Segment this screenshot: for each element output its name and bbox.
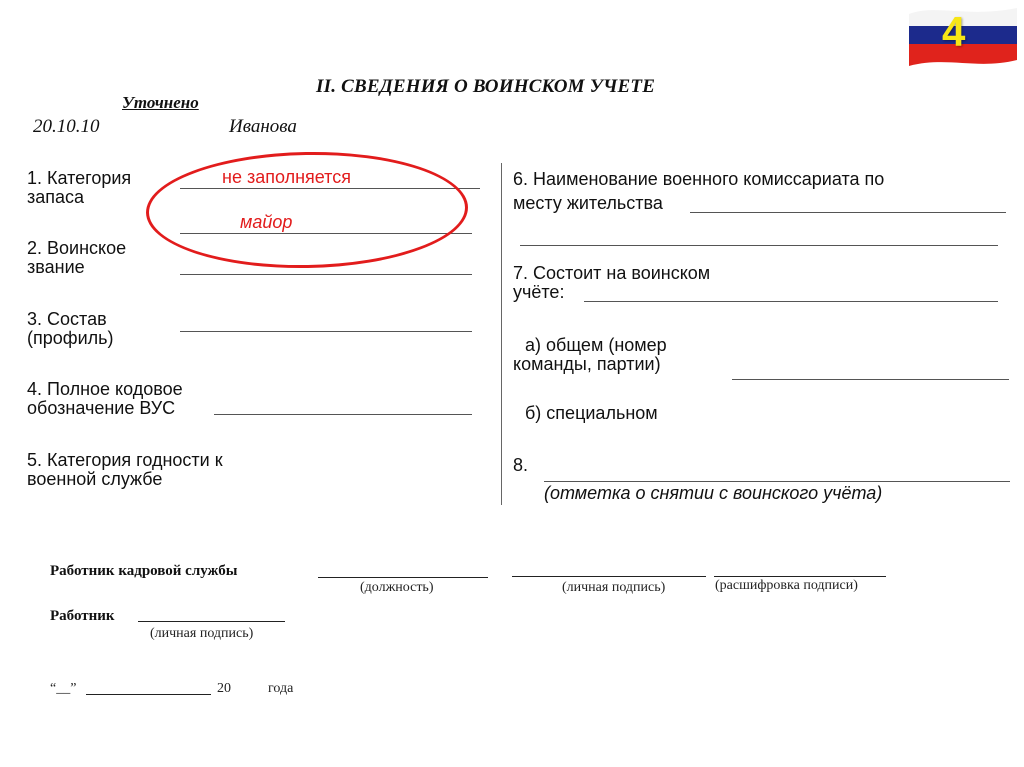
field-7b-label: б) специальном [525,404,658,423]
field-6-label: 6. Наименование военного комиссариата по… [513,167,884,215]
date-year-prefix: 20 [217,681,231,697]
field-8-label: 8. [513,456,528,475]
field-5-label: 5. Категория годности квоенной службе [27,451,223,489]
field-4-label: 4. Полное кодовоеобозначение ВУС [27,380,183,418]
personal-signature-caption: (личная подпись) [562,580,665,596]
position-caption: (должность) [360,580,433,596]
clarified-name: Иванова [229,116,297,138]
signature-decoding-line[interactable] [714,576,886,577]
worker-signature-caption: (личная подпись) [150,626,253,642]
field-2-label: 2. Воинскоезвание [27,239,126,277]
field-3-label: 3. Состав(профиль) [27,310,114,348]
field-7-line [584,301,998,302]
field-3-line [180,331,472,332]
hr-worker-label: Работник кадровой службы [50,563,237,580]
slide-number: 4 [942,8,965,56]
field-2-line [180,274,472,275]
field-6-line-2 [520,245,998,246]
field-1-label: 1. Категориязапаса [27,169,131,207]
date-year-suffix: года [268,681,293,697]
clarified-date: 20.10.10 [33,116,100,138]
column-divider [501,163,502,505]
field-7-label: 7. Состоит на воинскомучёте: [513,264,710,302]
personal-signature-line[interactable] [512,576,706,577]
worker-signature-line[interactable] [138,621,285,622]
position-line[interactable] [318,577,488,578]
section-title: II. СВЕДЕНИЯ О ВОИНСКОМ УЧЕТЕ [316,76,655,98]
worker-label: Работник [50,608,115,625]
field-7a-line [732,379,1009,380]
field-8-line [544,481,1010,482]
signature-decoding-caption: (расшифровка подписи) [715,578,858,594]
field-8-caption: (отметка о снятии с воинского учёта) [544,484,882,503]
date-month-line[interactable] [86,694,211,695]
field-7a-label: а) общем (номеркоманды, партии) [513,336,667,374]
date-day: “__” [50,681,76,697]
field-6-line [690,212,1006,213]
field-4-line [214,414,472,415]
clarified-label: Уточнено [122,93,199,113]
highlight-ellipse [145,149,469,271]
